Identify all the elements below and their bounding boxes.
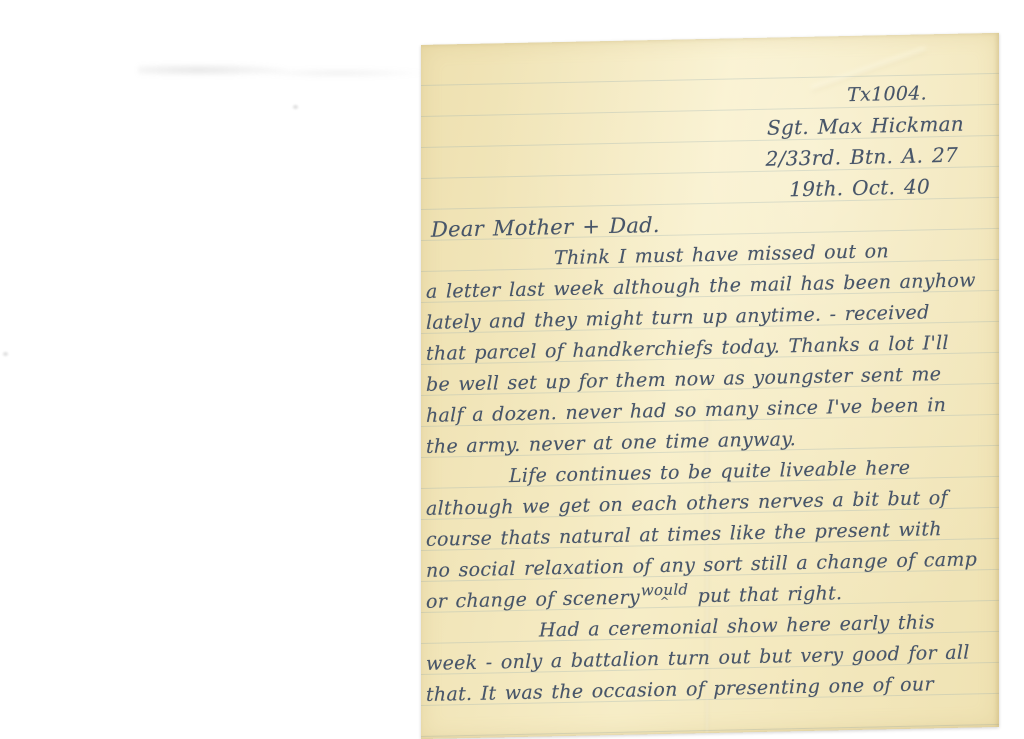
inserted-word: would^ (641, 585, 688, 604)
scan-background: Tx1004. Sgt. Max Hickman 2/33rd. Btn. A.… (0, 0, 1024, 739)
scan-speck (293, 105, 298, 109)
letter-header: Tx1004. Sgt. Max Hickman 2/33rd. Btn. A.… (421, 77, 999, 213)
letter-paper: Tx1004. Sgt. Max Hickman 2/33rd. Btn. A.… (421, 33, 999, 739)
letter-salutation: Dear Mother + Dad. (431, 210, 660, 246)
letter-body: Think I must have missed out ona letter … (426, 234, 995, 711)
scan-smudge (250, 68, 430, 78)
scan-speck (3, 352, 8, 356)
